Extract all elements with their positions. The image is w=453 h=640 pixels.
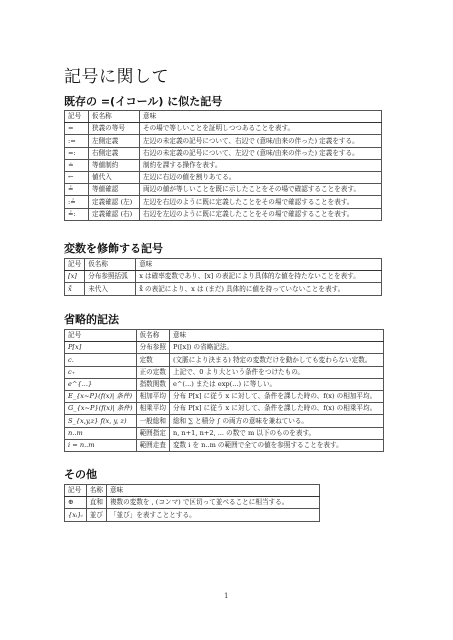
table-row: :=左側定義左辺の未定義の記号について、右辺で (意味/由来の伴った) 定義をす… <box>65 135 382 147</box>
meaning-cell: 左辺の未定義の記号について、右辺で (意味/由来の伴った) 定義をする。 <box>140 135 382 147</box>
name-cell: 定義確認 (右) <box>89 208 140 220</box>
symbol-cell: G_{x~P}(f(x)| 条件) <box>65 403 137 415</box>
section-heading-abbr: 省略的記法 <box>64 311 119 327</box>
name-cell: 指数関数 <box>136 378 169 390</box>
name-cell: 未代入 <box>85 283 136 295</box>
table-eq: 記号 仮名称 意味 =狭義の等号その場で等しいことを証明しつつあることを表す。 … <box>64 110 382 221</box>
meaning-cell: 複数の変数を , (コンマ) で区切って並べることに相当する。 <box>106 497 319 509</box>
symbol-cell: x̊ <box>65 283 85 295</box>
table-row: ←値代入左辺に右辺の値を割りあてる。 <box>65 171 382 183</box>
header-cell: 仮名称 <box>89 111 140 123</box>
table-row: x̊未代入x̊ の表記により、x は (まだ) 具体的に値を持っていないことを表… <box>65 283 382 295</box>
name-cell: 範囲走査 <box>136 439 169 451</box>
symbol-cell: ≟: <box>65 208 89 220</box>
name-cell: 一般総和 <box>136 415 169 427</box>
meaning-cell: 左辺に右辺の値を割りあてる。 <box>140 171 382 183</box>
table-row: ≟等値確認両辺の値が等しいことを既に示したことをその場で確認することを表す。 <box>65 184 382 196</box>
meaning-cell: x̊ の表記により、x は (まだ) 具体的に値を持っていないことを表す。 <box>136 283 382 295</box>
table-row: {xᵢ}ᵢ並び「並び」を表すこととする。 <box>65 509 320 521</box>
table-row: c.定数(文脈により決まる) 特定の変数だけを動かしても変わらない定数。 <box>65 354 384 366</box>
symbol-cell: ⊕ <box>65 497 87 509</box>
symbol-cell: S_{x,y,z} f(x, y, z) <box>65 415 137 427</box>
header-cell: 意味 <box>169 330 383 342</box>
table-row: n..m範囲指定n, n+1, n+2, ... の数で m 以下のものを表す。 <box>65 427 384 439</box>
meaning-cell: n, n+1, n+2, ... の数で m 以下のものを表す。 <box>169 427 383 439</box>
table-var: 記号 仮名称 意味 [x]分布参照括弧x は確率変数であり、[x] の表記により… <box>64 258 382 296</box>
name-cell: 定数 <box>136 354 169 366</box>
name-cell: 狭義の等号 <box>89 123 140 135</box>
symbol-cell: = <box>65 123 89 135</box>
header-cell: 意味 <box>106 485 319 497</box>
header-cell: 意味 <box>136 259 382 271</box>
name-cell: 左側定義 <box>89 135 140 147</box>
page-title: 記号に関して <box>64 62 169 87</box>
symbol-cell: e^{...} <box>65 378 137 390</box>
symbol-cell: [x] <box>65 271 85 283</box>
name-cell: 分布参照 <box>136 342 169 354</box>
symbol-cell: c₊ <box>65 366 137 378</box>
table-row: ≟:定義確認 (右)右辺を左辺のように既に定義したことをその場で確認することを表… <box>65 208 382 220</box>
meaning-cell: その場で等しいことを証明しつつあることを表す。 <box>140 123 382 135</box>
header-cell: 記号 <box>65 330 137 342</box>
symbol-cell: E_{x~P}(f(x)| 条件) <box>65 390 137 402</box>
meaning-cell: 変数 i を n..m の範囲で全ての値を参照することを表す。 <box>169 439 383 451</box>
header-cell: 仮名称 <box>85 259 136 271</box>
symbol-cell: n..m <box>65 427 137 439</box>
table-row: i = n..m範囲走査変数 i を n..m の範囲で全ての値を参照することを… <box>65 439 384 451</box>
table-row: P[x]分布参照P([x]) の省略記法。 <box>65 342 384 354</box>
symbol-cell: =: <box>65 147 89 159</box>
table-row: :≟定義確認 (左)左辺を右辺のように既に定義したことをその場で確認することを表… <box>65 196 382 208</box>
header-cell: 意味 <box>140 111 382 123</box>
page-number: 1 <box>224 592 228 600</box>
header-cell: 仮名称 <box>136 330 169 342</box>
meaning-cell: (文脈により決まる) 特定の変数だけを動かしても変わらない定数。 <box>169 354 383 366</box>
meaning-cell: 制約を課する操作を表す。 <box>140 159 382 171</box>
meaning-cell: 右辺の未定義の記号について、左辺で (意味/由来の伴った) 定義をする。 <box>140 147 382 159</box>
meaning-cell: 総和 ∑ と積分 ∫ の両方の意味を兼ねている。 <box>169 415 383 427</box>
table-row: ⊕直和複数の変数を , (コンマ) で区切って並べることに相当する。 <box>65 497 320 509</box>
symbol-cell: ← <box>65 171 89 183</box>
table-header-row: 記号 仮名称 意味 <box>65 111 382 123</box>
table-header-row: 記号 仮名称 意味 <box>65 330 384 342</box>
header-cell: 記号 <box>65 111 89 123</box>
name-cell: 相乗平均 <box>136 403 169 415</box>
document-page: 記号に関して 既存の =(イコール) に似た記号 記号 仮名称 意味 =狭義の等… <box>0 0 453 640</box>
meaning-cell: 両辺の値が等しいことを既に示したことをその場で確認することを表す。 <box>140 184 382 196</box>
symbol-cell: c. <box>65 354 137 366</box>
header-cell: 記号 <box>65 259 85 271</box>
symbol-cell: P[x] <box>65 342 137 354</box>
symbol-cell: ≐ <box>65 159 89 171</box>
section-heading-other: その他 <box>64 466 97 482</box>
meaning-cell: x は確率変数であり、[x] の表記により具体的な値を持たないことを表す。 <box>136 271 382 283</box>
symbol-cell: {xᵢ}ᵢ <box>65 509 87 521</box>
symbol-cell: ≟ <box>65 184 89 196</box>
meaning-cell: 分布 P[x] に従う x に対して、条件を課した時の、f(x) の相加平均。 <box>169 390 383 402</box>
name-cell: 値代入 <box>89 171 140 183</box>
table-header-row: 記号 名称 意味 <box>65 485 320 497</box>
name-cell: 相加平均 <box>136 390 169 402</box>
meaning-cell: 上記で、0 より大という条件をつけたもの。 <box>169 366 383 378</box>
name-cell: 分布参照括弧 <box>85 271 136 283</box>
header-cell: 記号 <box>65 485 87 497</box>
meaning-cell: P([x]) の省略記法。 <box>169 342 383 354</box>
table-header-row: 記号 仮名称 意味 <box>65 259 382 271</box>
symbol-cell: i = n..m <box>65 439 137 451</box>
name-cell: 定義確認 (左) <box>89 196 140 208</box>
name-cell: 並び <box>86 509 106 521</box>
name-cell: 正の定数 <box>136 366 169 378</box>
section-heading-var: 変数を修飾する記号 <box>64 240 163 256</box>
meaning-cell: 分布 P[x] に従う x に対して、条件を課した時の、f(x) の相乗平均。 <box>169 403 383 415</box>
symbol-cell: := <box>65 135 89 147</box>
symbol-cell: :≟ <box>65 196 89 208</box>
table-row: e^{...}指数関数e^(...) または exp(...) に等しい。 <box>65 378 384 390</box>
meaning-cell: 「並び」を表すこととする。 <box>106 509 319 521</box>
name-cell: 等値制約 <box>89 159 140 171</box>
table-row: S_{x,y,z} f(x, y, z)一般総和総和 ∑ と積分 ∫ の両方の意… <box>65 415 384 427</box>
table-row: [x]分布参照括弧x は確率変数であり、[x] の表記により具体的な値を持たない… <box>65 271 382 283</box>
table-row: =:右側定義右辺の未定義の記号について、左辺で (意味/由来の伴った) 定義をす… <box>65 147 382 159</box>
header-cell: 名称 <box>86 485 106 497</box>
table-row: G_{x~P}(f(x)| 条件)相乗平均分布 P[x] に従う x に対して、… <box>65 403 384 415</box>
table-row: E_{x~P}(f(x)| 条件)相加平均分布 P[x] に従う x に対して、… <box>65 390 384 402</box>
table-abbr: 記号 仮名称 意味 P[x]分布参照P([x]) の省略記法。 c.定数(文脈に… <box>64 329 384 452</box>
name-cell: 右側定義 <box>89 147 140 159</box>
meaning-cell: 左辺を右辺のように既に定義したことをその場で確認することを表す。 <box>140 196 382 208</box>
name-cell: 直和 <box>86 497 106 509</box>
name-cell: 範囲指定 <box>136 427 169 439</box>
section-heading-eq: 既存の =(イコール) に似た記号 <box>64 93 222 109</box>
table-row: c₊正の定数上記で、0 より大という条件をつけたもの。 <box>65 366 384 378</box>
table-row: =狭義の等号その場で等しいことを証明しつつあることを表す。 <box>65 123 382 135</box>
name-cell: 等値確認 <box>89 184 140 196</box>
table-other: 記号 名称 意味 ⊕直和複数の変数を , (コンマ) で区切って並べることに相当… <box>64 484 320 522</box>
table-row: ≐等値制約制約を課する操作を表す。 <box>65 159 382 171</box>
meaning-cell: 右辺を左辺のように既に定義したことをその場で確認することを表す。 <box>140 208 382 220</box>
meaning-cell: e^(...) または exp(...) に等しい。 <box>169 378 383 390</box>
